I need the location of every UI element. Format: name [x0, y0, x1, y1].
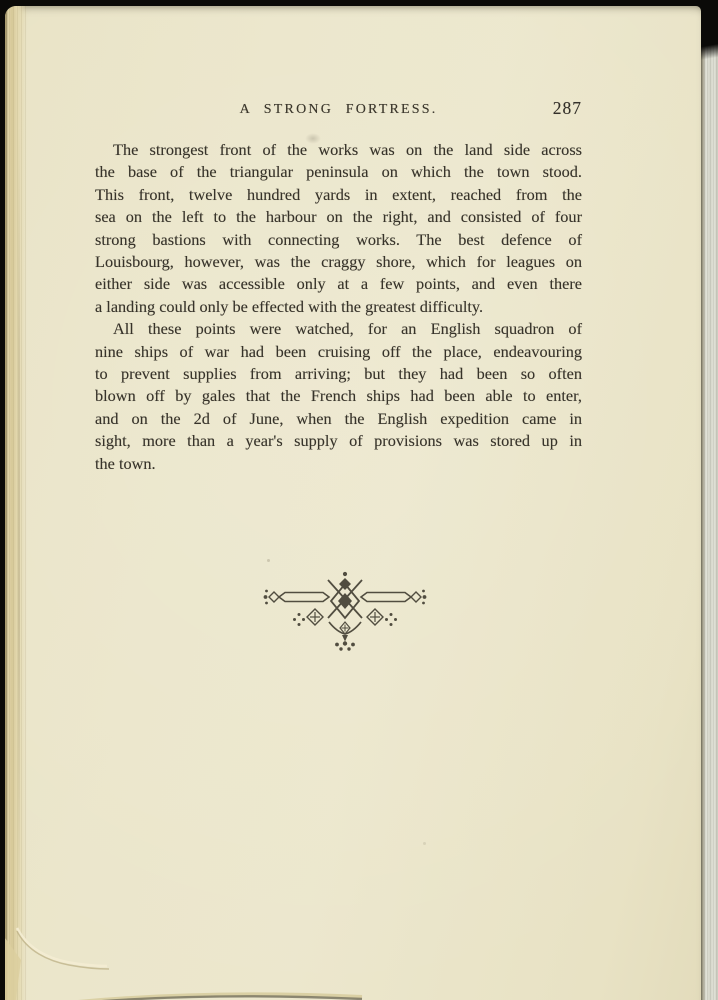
text-line: The strongest front of the works was on …: [95, 139, 582, 161]
page-number: 287: [553, 98, 582, 118]
text-line: Louisbourg, however, was the craggy shor…: [95, 251, 582, 273]
text-line: sea on the left to the harbour on the ri…: [95, 206, 582, 228]
adjacent-page-notch: [701, 22, 718, 64]
text-line: either side was accessible only at a few…: [95, 273, 582, 295]
page-edge-left: [5, 6, 27, 1000]
text-line: strong bastions with connecting works. T…: [95, 229, 582, 251]
text-line: All these points were watched, for an En…: [95, 318, 582, 340]
book-page: A STRONG FORTRESS. 287 The strongest fro…: [5, 6, 701, 1000]
text-line: a landing could only be effected with th…: [95, 296, 582, 318]
printers-ornament-icon: [262, 571, 428, 651]
paper-speck: [423, 842, 426, 845]
body-text: The strongest front of the works was on …: [95, 139, 582, 475]
text-line: the town.: [95, 453, 582, 475]
adjacent-page-edge: [701, 22, 718, 1000]
text-line: to prevent supplies from arriving; but t…: [95, 363, 582, 385]
text-line: the base of the triangular peninsula on …: [95, 161, 582, 183]
paragraph: All these points were watched, for an En…: [95, 318, 582, 475]
paper-smudge: [305, 133, 321, 144]
text-line: blown off by gales that the French ships…: [95, 385, 582, 407]
text-line: nine ships of war had been cruising off …: [95, 341, 582, 363]
running-title: A STRONG FORTRESS.: [95, 100, 582, 120]
running-header: A STRONG FORTRESS. 287: [95, 100, 582, 120]
page-edge-crease: [18, 126, 20, 944]
text-line: sight, more than a year's supply of prov…: [95, 430, 582, 452]
bottom-page-edge: [50, 984, 390, 1000]
scan-background: { "document": { "running_header": { "tit…: [0, 0, 718, 1000]
paragraph: The strongest front of the works was on …: [95, 139, 582, 318]
text-line: This front, twelve hundred yards in exte…: [95, 184, 582, 206]
text-line: and on the 2d of June, when the English …: [95, 408, 582, 430]
paper-speck: [267, 559, 270, 562]
